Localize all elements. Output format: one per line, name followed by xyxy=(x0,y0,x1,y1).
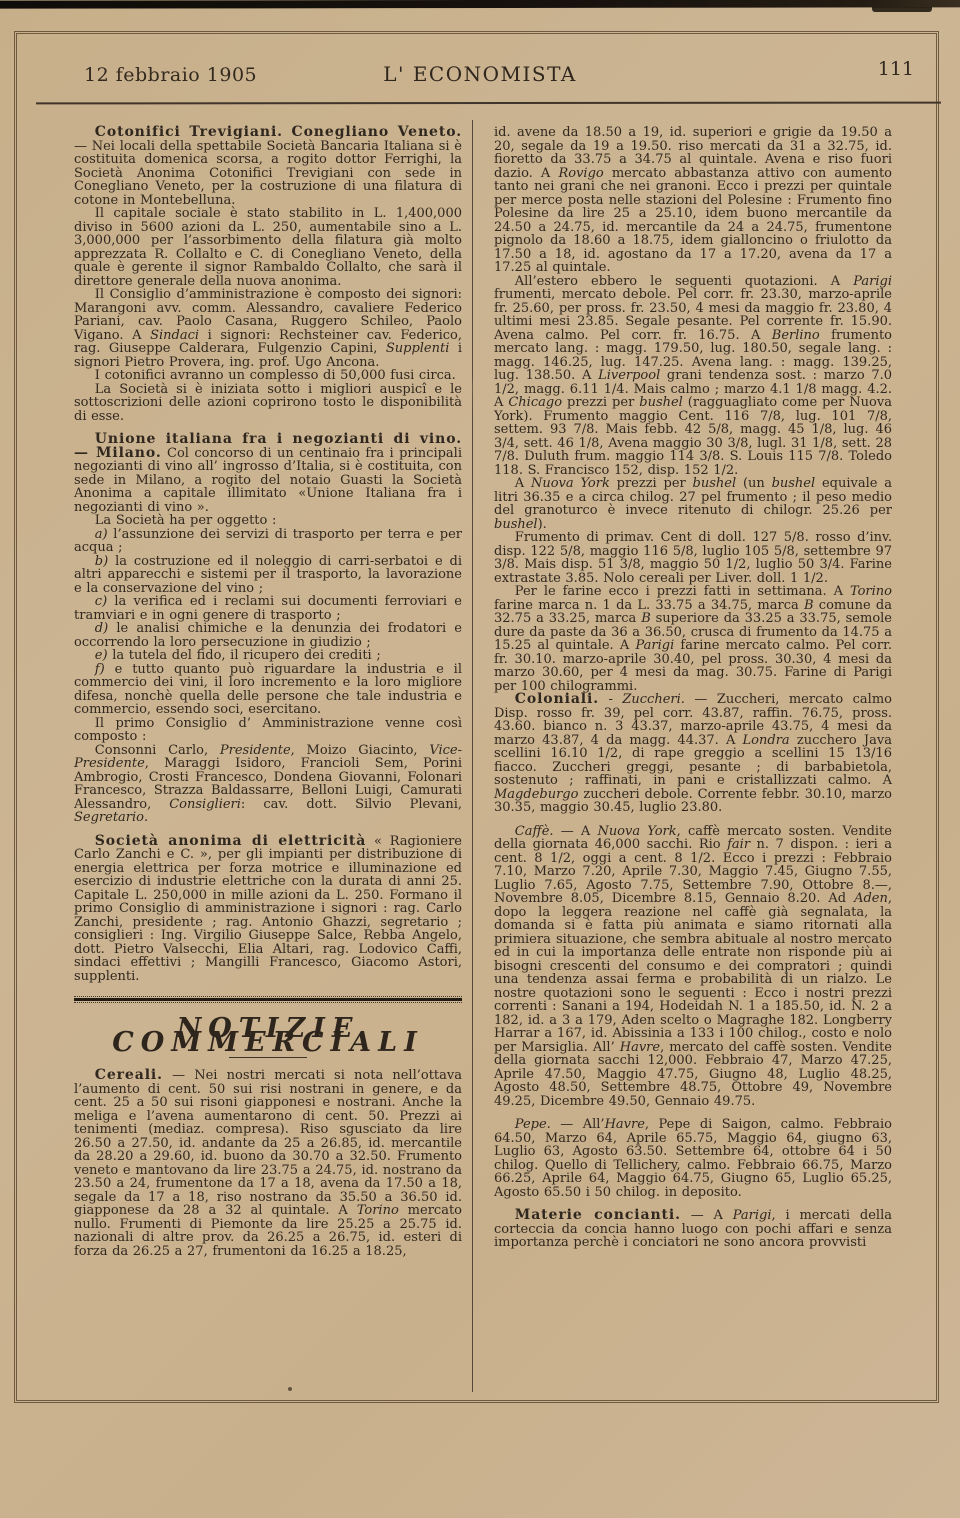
ink-speck xyxy=(288,1387,292,1391)
para-punto-c: c) la verifica ed i reclami sui document… xyxy=(74,595,462,622)
text-run: — Nei locali della spettabile Società Ba… xyxy=(74,139,462,208)
italic-run: Supplenti xyxy=(386,341,450,356)
para-cereali: Cereali. — Nei nostri mercati si nota ne… xyxy=(74,1069,462,1258)
para-cereali-segue: id. avene da 18.50 a 19, id. superiori e… xyxy=(494,126,892,275)
column-divider xyxy=(472,120,473,1392)
text-run: « Ragioniere Carlo Zanchi e C. », per gl… xyxy=(74,834,462,984)
divider-dotted-top xyxy=(74,996,462,997)
para-fusi: I cotonifici avranno un complesso di 50,… xyxy=(74,369,462,383)
right-column: id. avene da 18.50 a 19, id. superiori e… xyxy=(494,126,892,1250)
italic-run: Segretario xyxy=(74,810,144,825)
text-run: Il capitale sociale è stato stabilito in… xyxy=(74,206,462,289)
divider-bar xyxy=(74,998,462,1001)
para-capitale-sociale: Il capitale sociale è stato stabilito in… xyxy=(74,207,462,288)
para-consiglio-amministrazione: Il Consiglio d’amministrazione è compost… xyxy=(74,288,462,369)
scanned-page: 12 febbraio 1905 L' ECONOMISTA 111 Coton… xyxy=(0,0,960,1518)
text-run: la costruzione ed il noleggio di carri-s… xyxy=(74,554,462,596)
para-consonni: Consonni Carlo, Presidente, Moizo Giacin… xyxy=(74,744,462,825)
para-unione-vino: Unione italiana fra i negozianti di vino… xyxy=(74,433,462,514)
text-run: , dopo la leggera reazione nel caffè già… xyxy=(494,891,892,1055)
left-column: Cotonifici Trevigiani. Conegliano Veneto… xyxy=(74,126,462,1258)
para-punto-f: f) e tutto quanto può riguardare la indu… xyxy=(74,663,462,717)
text-run: la verifica ed i reclami sui documenti f… xyxy=(74,594,462,623)
text-run: Frumento di primav. Cent di doll. 127 5/… xyxy=(494,530,892,586)
para-oggetto: La Società ha per oggetto : xyxy=(74,514,462,528)
para-punto-e: e) la tutela del fido, il ricupero dei c… xyxy=(74,649,462,663)
text-run: l’assunzione dei servizi di trasporto pe… xyxy=(74,527,462,556)
para-farine: Per le farine ecco i prezzi fatti in set… xyxy=(494,585,892,693)
market-news-continuation: id. avene da 18.50 a 19, id. superiori e… xyxy=(494,126,892,1250)
para-punto-a: a) l’assunzione dei servizi di trasporto… xyxy=(74,528,462,555)
text-run: La Società si è iniziata sotto i miglior… xyxy=(74,382,462,424)
company-news-section: Cotonifici Trevigiani. Conegliano Veneto… xyxy=(74,126,462,983)
para-primo-consiglio: Il primo Consiglio d’ Amministrazione ve… xyxy=(74,717,462,744)
para-punto-d: d) le analisi chimiche e la denunzia dei… xyxy=(74,622,462,649)
para-coloniali: Coloniali. - Zuccheri. — Zuccheri, merca… xyxy=(494,693,892,815)
para-nuova-york: A Nuova York prezzi per bushel (un bushe… xyxy=(494,477,892,531)
para-punto-b: b) la costruzione ed il noleggio di carr… xyxy=(74,555,462,596)
text-run: — Nei nostri mercati si nota nell’ottava… xyxy=(74,1068,462,1218)
para-cotonifici-trevigiani: Cotonifici Trevigiani. Conegliano Veneto… xyxy=(74,126,462,207)
para-materie-concianti: Materie concianti. — A Parigi, i mercati… xyxy=(494,1209,892,1250)
scan-top-edge-mark xyxy=(872,7,932,12)
para-auspici: La Società si è iniziata sotto i miglior… xyxy=(74,383,462,424)
divider-dotted-bottom xyxy=(74,1002,462,1003)
text-run: . xyxy=(144,810,148,825)
scan-top-edge xyxy=(0,0,960,9)
para-estero: All’estero ebbero le seguenti quotazioni… xyxy=(494,275,892,478)
journal-title: L' ECONOMISTA xyxy=(0,62,960,86)
text-run: : cav. dott. Silvio Plevani, xyxy=(241,797,462,812)
italic-run: Consiglieri xyxy=(169,797,241,812)
text-run: mercato abbastanza attivo con aumento ta… xyxy=(494,166,892,276)
market-news-section: Cereali. — Nei nostri mercati si nota ne… xyxy=(74,1069,462,1258)
text-run: le analisi chimiche e la denunzia dei fr… xyxy=(74,621,462,650)
section-title: NOTIZIE COMMERCIALI xyxy=(74,1022,462,1049)
text-run: Il primo Consiglio d’ Amministrazione ve… xyxy=(74,716,462,745)
section-divider xyxy=(74,996,462,1003)
page-number: 111 xyxy=(878,58,914,80)
para-caffe: Caffè. — A Nuova York, caffè mercato sos… xyxy=(494,825,892,1109)
para-societa-elettricita: Società anonima di elettricità « Ragioni… xyxy=(74,835,462,984)
para-pepe: Pepe. — All’Havre, Pepe di Saigon, calmo… xyxy=(494,1118,892,1199)
para-frumento-primav: Frumento di primav. Cent di doll. 127 5/… xyxy=(494,531,892,585)
text-run: e tutto quanto può riguardare la industr… xyxy=(74,662,462,718)
